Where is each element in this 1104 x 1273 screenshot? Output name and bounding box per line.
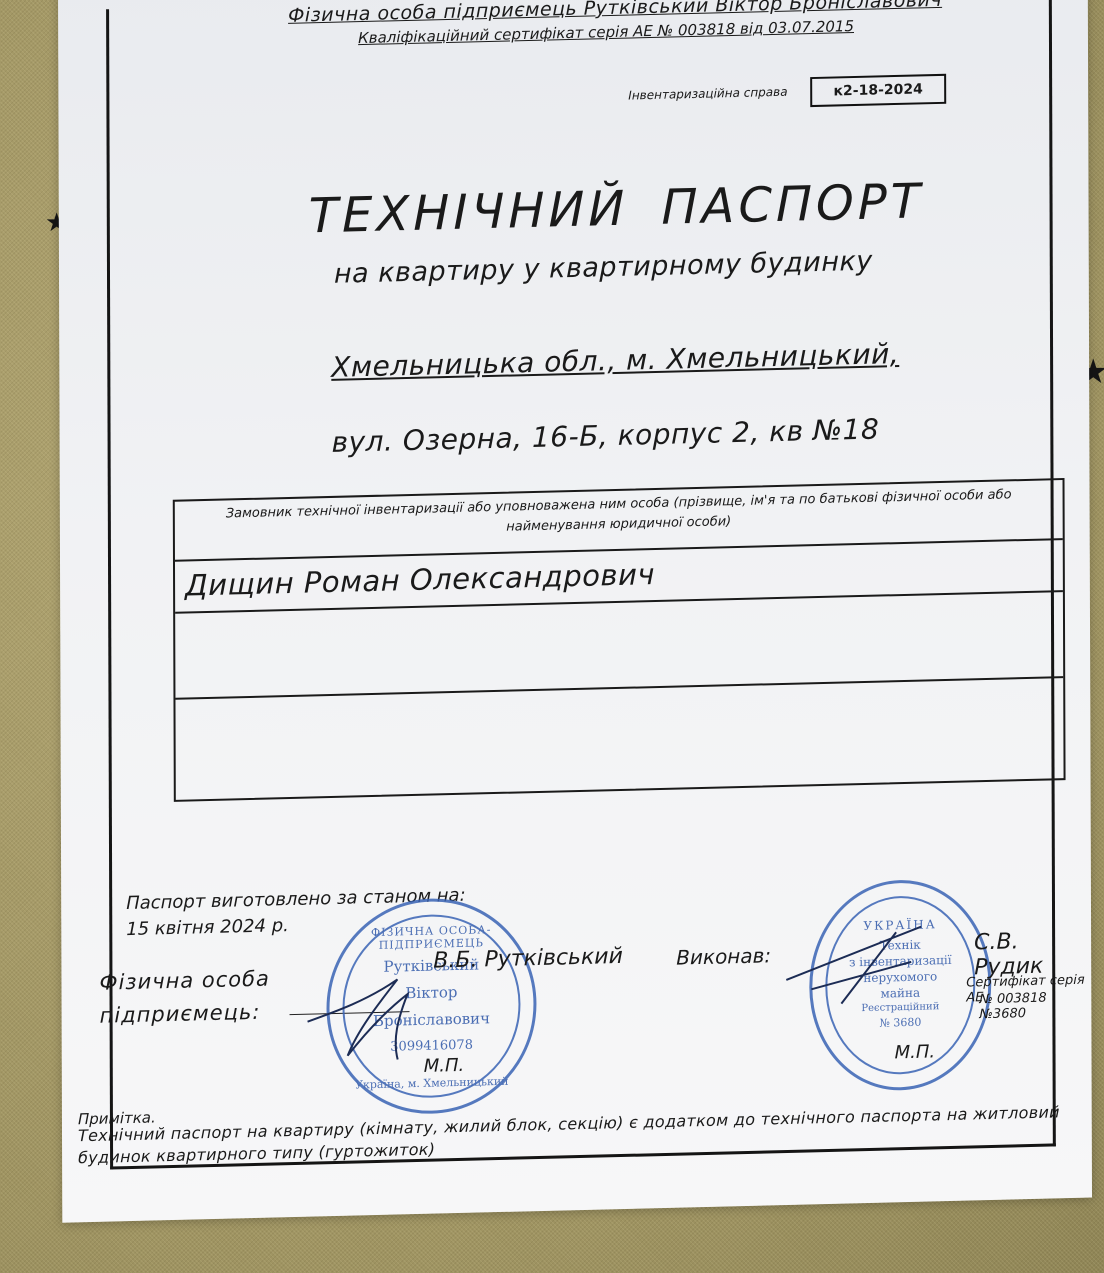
customer-table-row-empty bbox=[175, 676, 1063, 800]
executor-label: Виконав: bbox=[676, 943, 771, 969]
executor-certificate-number: № 003818 №3680 bbox=[979, 990, 1091, 1023]
customer-table: Замовник технічної інвентаризації або уп… bbox=[173, 478, 1066, 802]
note-text: Технічний паспорт на квартиру (кімнату, … bbox=[78, 1101, 1078, 1169]
document-subtitle: на квартиру у квартирному будинку bbox=[334, 246, 873, 290]
seal-mark: М.П. bbox=[895, 1041, 936, 1063]
executor-signature bbox=[781, 916, 941, 1020]
technical-passport: Фізична особа підприємець Рутківський Ві… bbox=[58, 0, 1092, 1223]
document-title: ТЕХНІЧНИЙ ПАСПОРТ bbox=[309, 173, 924, 244]
document-sheet: Фізична особа підприємець Рутківський Ві… bbox=[58, 0, 1092, 1223]
inventory-case-label: Інвентаризаційна справа bbox=[628, 85, 787, 103]
address-region-city: Хмельницька обл., м. Хмельницький, bbox=[331, 337, 899, 384]
entrepreneur-label: Фізична особа підприємець: bbox=[99, 962, 279, 1032]
address-street: вул. Озерна, 16-Б, корпус 2, кв №18 bbox=[331, 413, 879, 459]
entrepreneur-signature bbox=[297, 958, 457, 1072]
prepared-date: 15 квітня 2024 р. bbox=[126, 915, 289, 940]
inventory-case-number: к2-18-2024 bbox=[810, 74, 946, 107]
entrepreneur-name: В.Б. Рутківський bbox=[433, 944, 623, 974]
